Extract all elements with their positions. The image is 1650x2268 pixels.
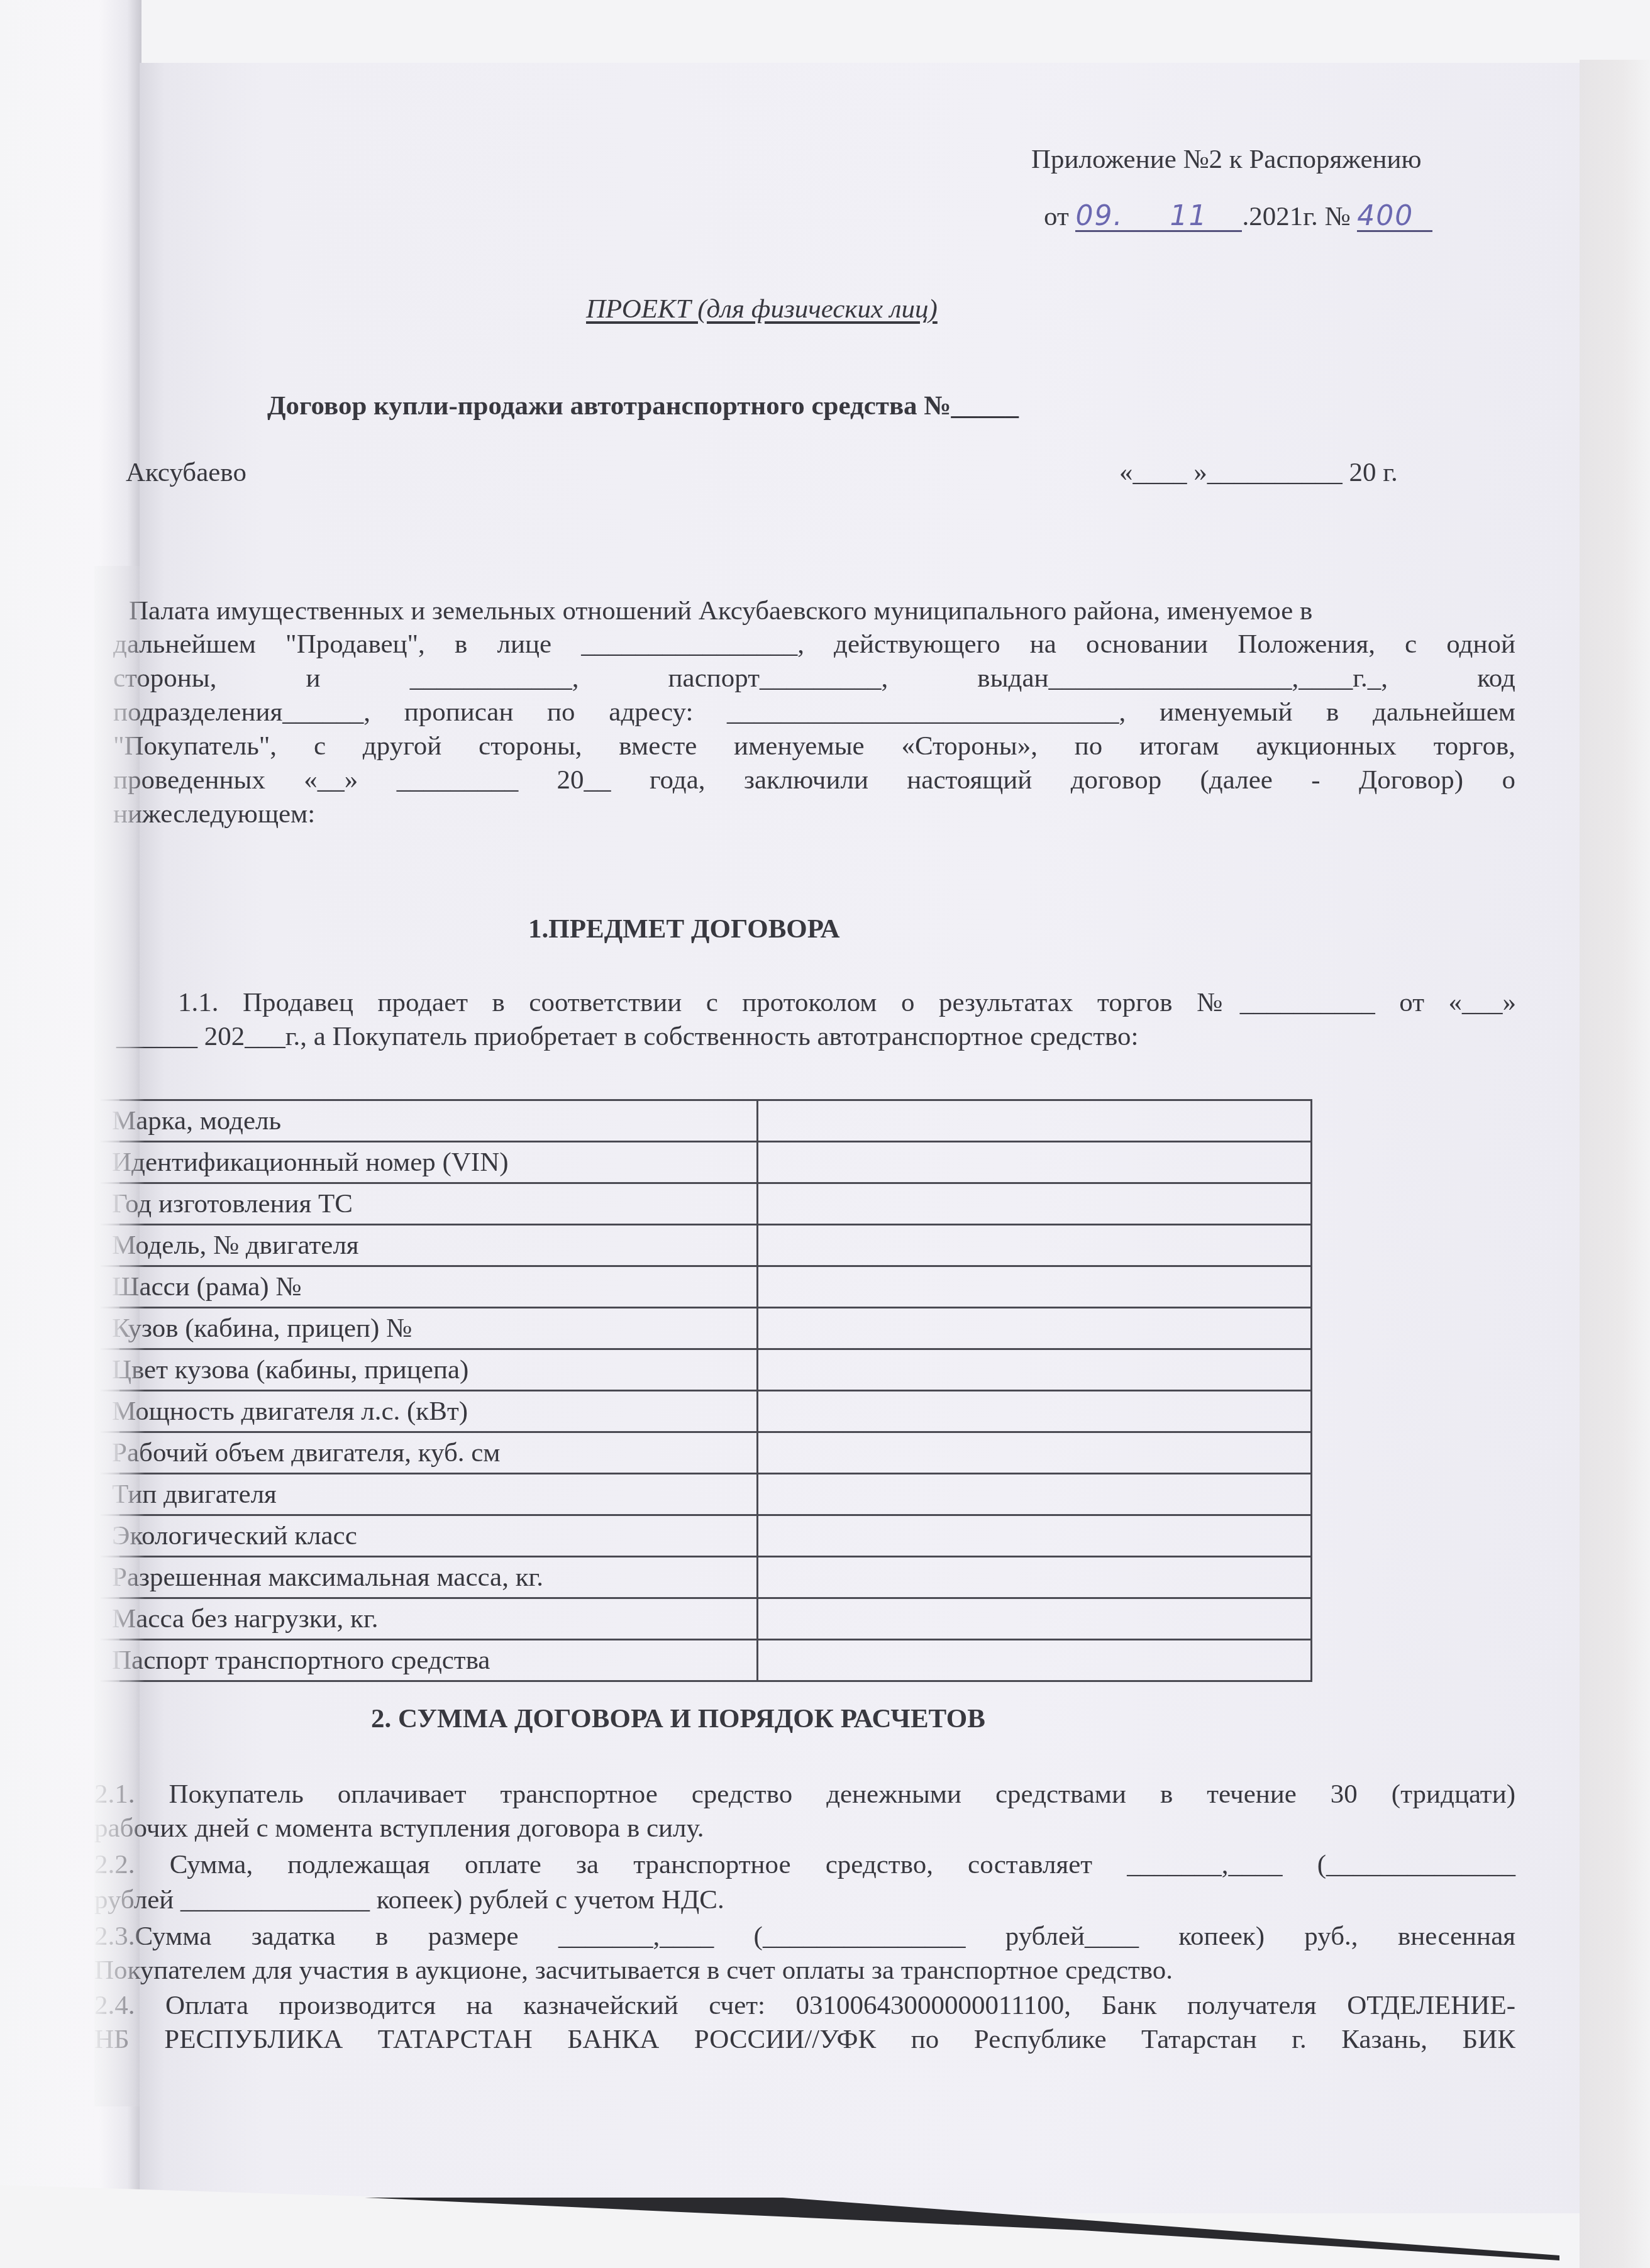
number-prefix: № <box>1325 202 1351 231</box>
contract-date-line: «____ »__________ 20 г. <box>1119 459 1398 486</box>
draft-label: ПРОЕКТ (для физических лиц) <box>586 296 938 323</box>
section-2-line: рублей ______________ копеек) рублей с у… <box>94 1886 724 1913</box>
row-label: Цвет кузова (кабины, прицепа) <box>101 1349 758 1391</box>
row-label: Идентификационный номер (VIN) <box>101 1142 758 1183</box>
preamble-line: дальнейшем "Продавец", в лице __________… <box>113 631 1515 658</box>
section-2-line: 2.4. Оплата производится на казначейский… <box>94 1992 1515 2019</box>
row-value-field[interactable] <box>758 1308 1312 1349</box>
table-row: Кузов (кабина, прицеп) № <box>101 1308 1312 1349</box>
section-2-line: 2.2. Сумма, подлежащая оплате за транспо… <box>94 1851 1515 1878</box>
row-value-field[interactable] <box>758 1474 1312 1515</box>
handwritten-number: 400 <box>1357 202 1432 232</box>
date-prefix: от <box>1044 202 1069 231</box>
row-value-field[interactable] <box>758 1515 1312 1557</box>
section-2-heading: 2. СУММА ДОГОВОРА И ПОРЯДОК РАСЧЕТОВ <box>371 1705 985 1732</box>
table-row: Разрешенная максимальная масса, кг. <box>101 1557 1312 1598</box>
date-year: .2021г. <box>1242 202 1317 231</box>
row-value-field[interactable] <box>758 1432 1312 1474</box>
row-value-field[interactable] <box>758 1557 1312 1598</box>
row-value-field[interactable] <box>758 1266 1312 1308</box>
table-row: Идентификационный номер (VIN) <box>101 1142 1312 1183</box>
section-2-line: 2.1. Покупатель оплачивает транспортное … <box>94 1781 1515 1808</box>
scanner-margin-right <box>1580 60 1650 2268</box>
clause-1-1-line: 1.1. Продавец продает в соответствии с п… <box>178 989 1516 1016</box>
section-2-line: 2.3.Сумма задатка в размере _______,____… <box>94 1923 1515 1950</box>
table-row: Марка, модель <box>101 1100 1312 1142</box>
clause-1-1-line: ______ 202___г., а Покупатель приобретае… <box>116 1023 1138 1050</box>
handwritten-day: 09. <box>1075 202 1135 232</box>
table-row: Тип двигателя <box>101 1474 1312 1515</box>
section-2-line: НБ РЕСПУБЛИКА ТАТАРСТАН БАНКА РОССИИ//УФ… <box>94 2026 1515 2053</box>
preamble-line: "Покупатель", с другой стороны, вместе и… <box>113 733 1515 760</box>
row-label: Шасси (рама) № <box>101 1266 758 1308</box>
table-row: Экологический класс <box>101 1515 1312 1557</box>
row-value-field[interactable] <box>758 1640 1312 1681</box>
row-label: Разрешенная максимальная масса, кг. <box>101 1557 758 1598</box>
row-label: Кузов (кабина, прицеп) № <box>101 1308 758 1349</box>
order-date-line: от 09.11.2021г. № 400 <box>1044 202 1432 232</box>
row-label: Год изготовления ТС <box>101 1183 758 1225</box>
row-value-field[interactable] <box>758 1598 1312 1640</box>
table-row: Модель, № двигателя <box>101 1225 1312 1266</box>
table-row: Паспорт транспортного средства <box>101 1640 1312 1681</box>
handwritten-month: 11 <box>1135 202 1242 232</box>
table-row: Мощность двигателя л.с. (кВт) <box>101 1391 1312 1432</box>
row-label: Тип двигателя <box>101 1474 758 1515</box>
table-row: Шасси (рама) № <box>101 1266 1312 1308</box>
row-value-field[interactable] <box>758 1391 1312 1432</box>
row-value-field[interactable] <box>758 1142 1312 1183</box>
section-1-heading: 1.ПРЕДМЕТ ДОГОВОРА <box>528 915 840 943</box>
table-row: Рабочий объем двигателя, куб. см <box>101 1432 1312 1474</box>
row-label: Модель, № двигателя <box>101 1225 758 1266</box>
row-label: Экологический класс <box>101 1515 758 1557</box>
row-label: Марка, модель <box>101 1100 758 1142</box>
row-label: Масса без нагрузки, кг. <box>101 1598 758 1640</box>
table-row: Цвет кузова (кабины, прицепа) <box>101 1349 1312 1391</box>
row-value-field[interactable] <box>758 1100 1312 1142</box>
section-2-line: рабочих дней с момента вступления догово… <box>94 1815 704 1842</box>
vehicle-specs-table: Марка, модель Идентификационный номер (V… <box>101 1099 1312 1682</box>
binding-shadow-table <box>94 1099 119 1690</box>
preamble-line: Палата имущественных и земельных отношен… <box>129 597 1515 624</box>
contract-title: Договор купли-продажи автотранспортного … <box>267 392 1019 419</box>
table-row: Год изготовления ТС <box>101 1183 1312 1225</box>
row-value-field[interactable] <box>758 1349 1312 1391</box>
place-label: Аксубаево <box>126 459 246 486</box>
row-value-field[interactable] <box>758 1225 1312 1266</box>
preamble-line: стороны, и ____________, паспорт________… <box>113 665 1515 692</box>
row-label: Мощность двигателя л.с. (кВт) <box>101 1391 758 1432</box>
row-label: Паспорт транспортного средства <box>101 1640 758 1681</box>
preamble-line: проведенных «__» _________ 20__ года, за… <box>113 766 1515 794</box>
table-row: Масса без нагрузки, кг. <box>101 1598 1312 1640</box>
section-2-line: Покупателем для участия в аукционе, засч… <box>94 1957 1173 1984</box>
row-label: Рабочий объем двигателя, куб. см <box>101 1432 758 1474</box>
appendix-label: Приложение №2 к Распоряжению <box>1031 146 1422 173</box>
preamble-line: подразделения______, прописан по адресу:… <box>113 699 1515 726</box>
row-value-field[interactable] <box>758 1183 1312 1225</box>
